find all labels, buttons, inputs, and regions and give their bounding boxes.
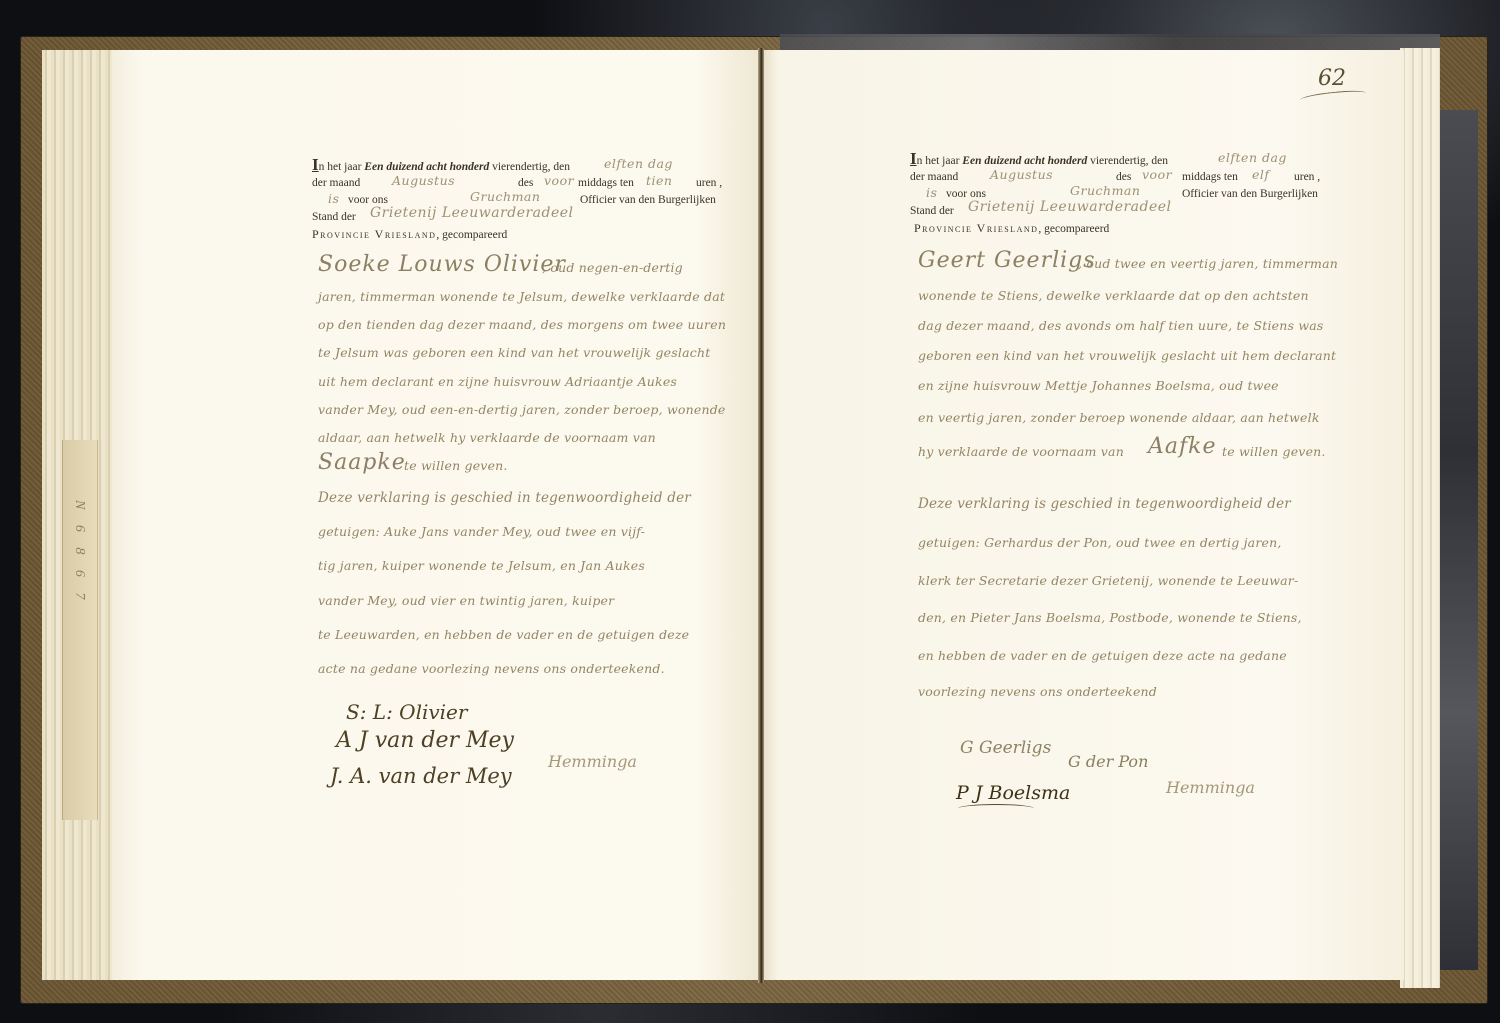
officer-fill: Gruchman <box>470 188 540 205</box>
officer-fill: Gruchman <box>1070 182 1140 199</box>
hour-fill: tien <box>646 172 672 189</box>
printed-text: Stand der <box>910 205 954 217</box>
witness-line: getuigen: Gerhardus der Pon, oud twee en… <box>918 535 1282 550</box>
child-name: Aafke <box>1148 434 1217 459</box>
body-line: jaren, timmerman wonende te Jelsum, dewe… <box>318 289 725 304</box>
municipality-fill: Grietenij Leeuwarderadeel <box>370 205 574 222</box>
body-line: , oud negen-en-dertig <box>542 260 683 275</box>
body-line: op den tienden dag dezer maand, des morg… <box>318 317 726 332</box>
hour-fill: elf <box>1252 166 1270 183</box>
page-stack-right <box>1400 48 1440 988</box>
printed-text: Provincie Vriesland <box>914 221 1038 235</box>
signature-father: G Geerligs <box>960 738 1051 758</box>
printed-text: Stand der <box>312 211 356 223</box>
header-line-4: Stand der Grietenij Leeuwarderadeel <box>910 203 1330 220</box>
witness-line: en hebben de vader en de getuigen deze a… <box>918 648 1287 663</box>
day-fill: elften dag <box>604 155 673 172</box>
body-line: , oud twee en veertig jaren, timmerman <box>1078 256 1338 271</box>
signature-flourish <box>958 804 1034 813</box>
signature-witness-1: G der Pon <box>1068 752 1148 771</box>
signature-officer: Hemminga <box>1166 778 1255 797</box>
body-line: aldaar, aan hetwelk hy verklaarde de voo… <box>318 430 656 445</box>
printed-text: der maand <box>910 171 958 183</box>
body-line: te willen geven. <box>1222 444 1326 459</box>
printed-text: uren , <box>696 175 722 192</box>
signature-witness-1: A J van der Mey <box>336 728 514 753</box>
witness-line: vander Mey, oud vier en twintig jaren, k… <box>318 593 614 608</box>
witness-line: den, en Pieter Jans Boelsma, Postbode, w… <box>918 610 1302 625</box>
is-fill: is <box>926 184 937 201</box>
printed-text: Officier van den Burgerlijken <box>1182 186 1318 203</box>
header-line-5: Provincie Vriesland, gecompareerd <box>312 226 732 243</box>
initial-letter: I <box>910 149 917 168</box>
printed-text: vierendertig <box>1087 155 1145 167</box>
printed-text: , gecompareerd <box>436 229 507 241</box>
signature-witness-2: P J Boelsma <box>956 782 1070 804</box>
signature-father: S: L: Olivier <box>346 700 467 724</box>
printed-text: uren , <box>1294 169 1320 186</box>
body-line: en zijne huisvrouw Mettje Johannes Boels… <box>918 378 1279 393</box>
printed-text: middags ten <box>1182 169 1238 186</box>
ampm-fill: voor <box>544 172 574 189</box>
witness-line: klerk ter Secretarie dezer Grietenij, wo… <box>918 573 1298 588</box>
printed-text: middags ten <box>578 175 634 192</box>
body-line: uit hem declarant en zijne huisvrouw Adr… <box>318 374 677 389</box>
body-line: hy verklaarde de voornaam van <box>918 444 1124 459</box>
body-line: te Jelsum was geboren een kind van het v… <box>318 345 710 360</box>
header-line-4: Stand der Grietenij Leeuwarderadeel <box>312 209 732 226</box>
municipality-fill: Grietenij Leeuwarderadeel <box>968 199 1172 216</box>
witness-line: acte na gedane voorlezing nevens ons ond… <box>318 661 665 676</box>
printed-text: , gecompareerd <box>1038 223 1109 235</box>
marbled-board-right <box>1438 110 1478 970</box>
signature-officer: Hemminga <box>548 752 637 771</box>
body-line: te willen geven. <box>404 458 508 473</box>
witness-line: voorlezing nevens ons onderteekend <box>918 684 1157 699</box>
printed-text: Officier van den Burgerlijken <box>580 192 716 209</box>
declarant-name: Geert Geerligs <box>918 248 1096 273</box>
month-fill: Augustus <box>392 172 455 189</box>
ampm-fill: voor <box>1142 166 1172 183</box>
body-line: wonende te Stiens, dewelke verklaarde da… <box>918 288 1309 303</box>
is-fill: is <box>328 190 339 207</box>
witness-line: tig jaren, kuiper wonende te Jelsum, en … <box>318 558 645 573</box>
body-line: dag dezer maand, des avonds om half tien… <box>918 318 1323 333</box>
body-line: geboren een kind van het vrouwelijk gesl… <box>918 348 1336 363</box>
day-fill: elften dag <box>1218 149 1287 166</box>
printed-text: n het jaar <box>917 155 963 167</box>
printed-text: der maand <box>312 177 360 189</box>
printed-text: Provincie Vriesland <box>312 227 436 241</box>
month-fill: Augustus <box>990 166 1053 183</box>
left-form-header: In het jaar Een duizend acht honderd vie… <box>312 158 732 243</box>
witness-line: getuigen: Auke Jans vander Mey, oud twee… <box>318 524 645 539</box>
page-number: 62 <box>1318 66 1346 91</box>
declarant-name: Soeke Louws Olivier <box>318 252 566 277</box>
child-name: Saapke <box>318 450 406 475</box>
body-line: en veertig jaren, zonder beroep wonende … <box>918 410 1320 425</box>
header-line-5: Provincie Vriesland, gecompareerd <box>910 220 1330 237</box>
witness-line: Deze verklaring is geschied in tegenwoor… <box>918 496 1291 512</box>
printed-text: n het jaar <box>319 161 365 173</box>
body-line: vander Mey, oud een-en-dertig jaren, zon… <box>318 402 726 417</box>
index-tab-text: N 6 8 6 7 <box>66 500 92 605</box>
witness-line: Deze verklaring is geschied in tegenwoor… <box>318 490 691 506</box>
index-tab-strip <box>62 440 98 820</box>
signature-witness-2: J. A. van der Mey <box>330 764 512 788</box>
witness-line: te Leeuwarden, en hebben de vader en de … <box>318 627 689 642</box>
initial-letter: I <box>312 155 319 174</box>
right-form-header: In het jaar Een duizend acht honderd vie… <box>910 152 1330 237</box>
printed-text: vierendertig <box>489 161 547 173</box>
